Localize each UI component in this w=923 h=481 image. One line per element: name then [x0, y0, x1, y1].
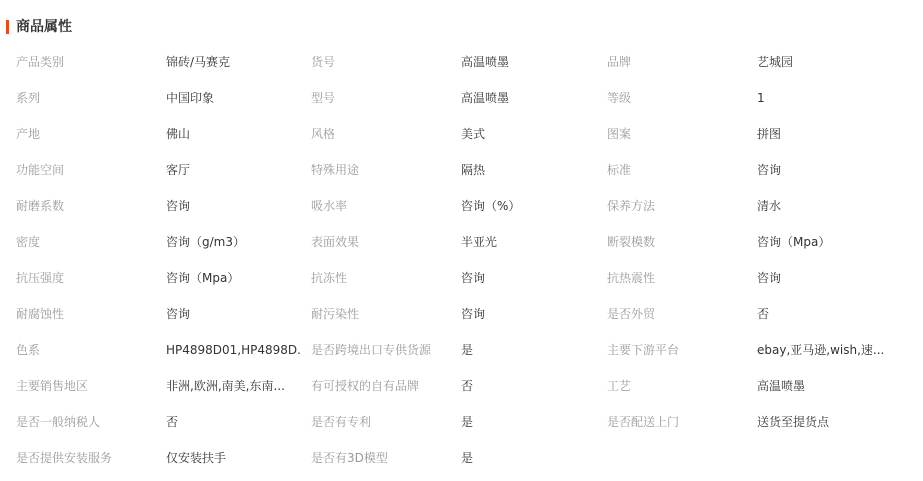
attribute-label: 有可授权的自有品牌	[311, 376, 451, 396]
attribute-value: 高温喷墨	[757, 376, 892, 396]
attribute-row: 色系 HP4898D01,HP4898D... 是否跨境出口专供货源 是 主要下…	[16, 340, 916, 376]
attribute-row: 产品类别 锦砖/马赛克 货号 高温喷墨 品牌 艺城园	[16, 52, 916, 88]
attribute-label: 是否跨境出口专供货源	[311, 340, 451, 360]
attribute-row: 密度 咨询（g/m3） 表面效果 半亚光 断裂模数 咨询（Mpa）	[16, 232, 916, 268]
attribute-label: 耐磨系数	[16, 196, 156, 216]
attribute-label: 耐污染性	[311, 304, 451, 324]
attribute-value: 高温喷墨	[461, 52, 596, 72]
attribute-row: 产地 佛山 风格 美式 图案 拼图	[16, 124, 916, 160]
attribute-value: 高温喷墨	[461, 88, 596, 108]
attribute-row: 是否提供安装服务 仅安装扶手 是否有3D模型 是	[16, 448, 916, 481]
attribute-table: 产品类别 锦砖/马赛克 货号 高温喷墨 品牌 艺城园 系列 中国印象 型号 高温…	[16, 52, 916, 481]
attribute-value: HP4898D01,HP4898D...	[166, 340, 301, 360]
attribute-label: 密度	[16, 232, 156, 252]
attribute-label: 主要下游平台	[607, 340, 747, 360]
attribute-row: 系列 中国印象 型号 高温喷墨 等级 1	[16, 88, 916, 124]
attribute-value: 咨询	[166, 196, 301, 216]
attribute-label: 产品类别	[16, 52, 156, 72]
attribute-value: ebay,亚马逊,wish,速...	[757, 340, 892, 360]
attribute-label: 等级	[607, 88, 747, 108]
attribute-value: 否	[757, 304, 892, 324]
attribute-label: 耐腐蚀性	[16, 304, 156, 324]
attribute-label: 是否有3D模型	[311, 448, 451, 468]
attribute-label: 是否提供安装服务	[16, 448, 156, 468]
attribute-label: 是否一般纳税人	[16, 412, 156, 432]
attribute-value: 是	[461, 412, 596, 432]
attribute-value: 咨询	[166, 304, 301, 324]
attribute-value: 是	[461, 340, 596, 360]
attribute-value: 艺城园	[757, 52, 892, 72]
attribute-value: 中国印象	[166, 88, 301, 108]
attribute-row: 功能空间 客厅 特殊用途 隔热 标准 咨询	[16, 160, 916, 196]
attribute-value: 锦砖/马赛克	[166, 52, 301, 72]
attribute-label: 标准	[607, 160, 747, 180]
attribute-value: 送货至提货点	[757, 412, 892, 432]
attribute-label: 吸水率	[311, 196, 451, 216]
attribute-value: 否	[461, 376, 596, 396]
attribute-label: 产地	[16, 124, 156, 144]
attribute-label: 保养方法	[607, 196, 747, 216]
attribute-label: 品牌	[607, 52, 747, 72]
attribute-label: 是否配送上门	[607, 412, 747, 432]
attribute-value: 客厅	[166, 160, 301, 180]
attribute-value: 咨询（g/m3）	[166, 232, 301, 252]
attribute-row: 抗压强度 咨询（Mpa） 抗冻性 咨询 抗热震性 咨询	[16, 268, 916, 304]
attribute-label: 色系	[16, 340, 156, 360]
attribute-value: 半亚光	[461, 232, 596, 252]
attribute-row: 耐腐蚀性 咨询 耐污染性 咨询 是否外贸 否	[16, 304, 916, 340]
attribute-label: 图案	[607, 124, 747, 144]
attribute-label: 断裂模数	[607, 232, 747, 252]
attribute-row: 主要销售地区 非洲,欧洲,南美,东南... 有可授权的自有品牌 否 工艺 高温喷…	[16, 376, 916, 412]
attribute-label: 是否有专利	[311, 412, 451, 432]
attribute-row: 耐磨系数 咨询 吸水率 咨询（%） 保养方法 清水	[16, 196, 916, 232]
attribute-label: 抗热震性	[607, 268, 747, 288]
attribute-value: 仅安装扶手	[166, 448, 301, 468]
attribute-value: 1	[757, 88, 892, 108]
attribute-value: 佛山	[166, 124, 301, 144]
attribute-row: 是否一般纳税人 否 是否有专利 是 是否配送上门 送货至提货点	[16, 412, 916, 448]
attribute-value: 咨询（%）	[461, 196, 596, 216]
attribute-label: 抗压强度	[16, 268, 156, 288]
attribute-label: 主要销售地区	[16, 376, 156, 396]
attribute-label: 功能空间	[16, 160, 156, 180]
accent-bar	[6, 20, 9, 34]
attribute-value: 美式	[461, 124, 596, 144]
attribute-label: 风格	[311, 124, 451, 144]
attribute-label: 表面效果	[311, 232, 451, 252]
attribute-value: 咨询	[757, 160, 892, 180]
attribute-label: 系列	[16, 88, 156, 108]
attribute-value: 咨询	[461, 304, 596, 324]
attribute-label: 型号	[311, 88, 451, 108]
attribute-label: 是否外贸	[607, 304, 747, 324]
attribute-value: 隔热	[461, 160, 596, 180]
attribute-label: 工艺	[607, 376, 747, 396]
attribute-value: 是	[461, 448, 596, 468]
attribute-label: 货号	[311, 52, 451, 72]
attribute-value: 非洲,欧洲,南美,东南...	[166, 376, 301, 396]
attribute-value: 咨询（Mpa）	[166, 268, 301, 288]
attribute-value: 拼图	[757, 124, 892, 144]
attribute-value: 咨询（Mpa）	[757, 232, 892, 252]
attribute-label: 抗冻性	[311, 268, 451, 288]
attribute-value: 咨询	[461, 268, 596, 288]
section-title: 商品属性	[16, 17, 72, 37]
attribute-label: 特殊用途	[311, 160, 451, 180]
section-header: 商品属性	[6, 17, 72, 37]
attribute-value: 否	[166, 412, 301, 432]
attribute-value: 清水	[757, 196, 892, 216]
attribute-value: 咨询	[757, 268, 892, 288]
